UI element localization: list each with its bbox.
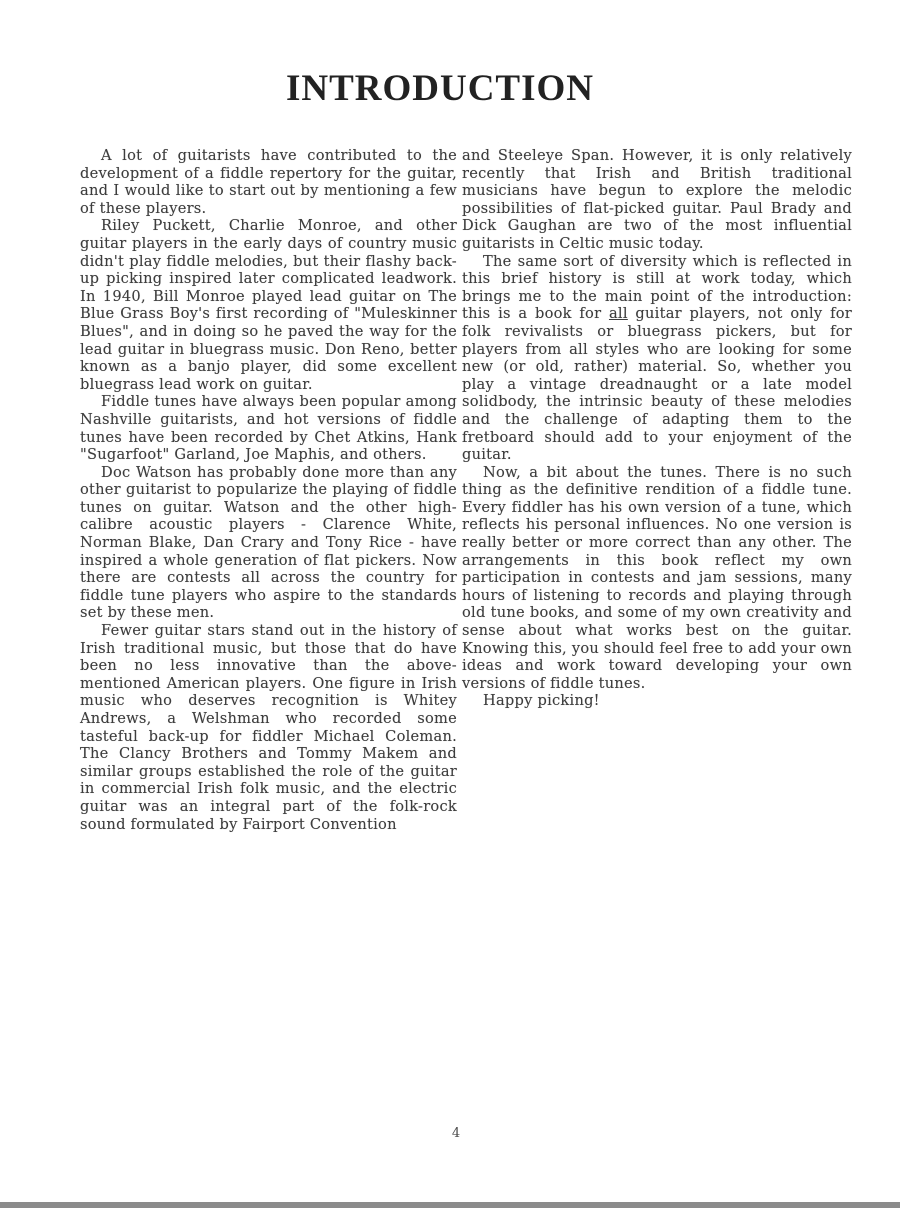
paragraph: and Steeleye Span. However, it is only r…	[462, 147, 852, 253]
paragraph: Riley Puckett, Charlie Monroe, and other…	[80, 217, 457, 393]
paragraph: Now, a bit about the tunes. There is no …	[462, 464, 852, 693]
paragraph: Fiddle tunes have always been popular am…	[80, 393, 457, 463]
page-title: INTRODUCTION	[0, 67, 880, 110]
book-page: INTRODUCTION A lot of guitarists have co…	[0, 0, 900, 1208]
paragraph: Fewer guitar stars stand out in the hist…	[80, 622, 457, 833]
bottom-scan-edge	[0, 1202, 900, 1208]
paragraph: Happy picking!	[462, 692, 852, 710]
left-column: A lot of guitarists have contributed to …	[80, 147, 457, 833]
paragraph: The same sort of diversity which is refl…	[462, 253, 852, 464]
paragraph: Doc Watson has probably done more than a…	[80, 464, 457, 622]
page-number: 4	[0, 1126, 900, 1141]
right-column: and Steeleye Span. However, it is only r…	[462, 147, 852, 833]
text-columns: A lot of guitarists have contributed to …	[80, 147, 852, 833]
paragraph: A lot of guitarists have contributed to …	[80, 147, 457, 217]
